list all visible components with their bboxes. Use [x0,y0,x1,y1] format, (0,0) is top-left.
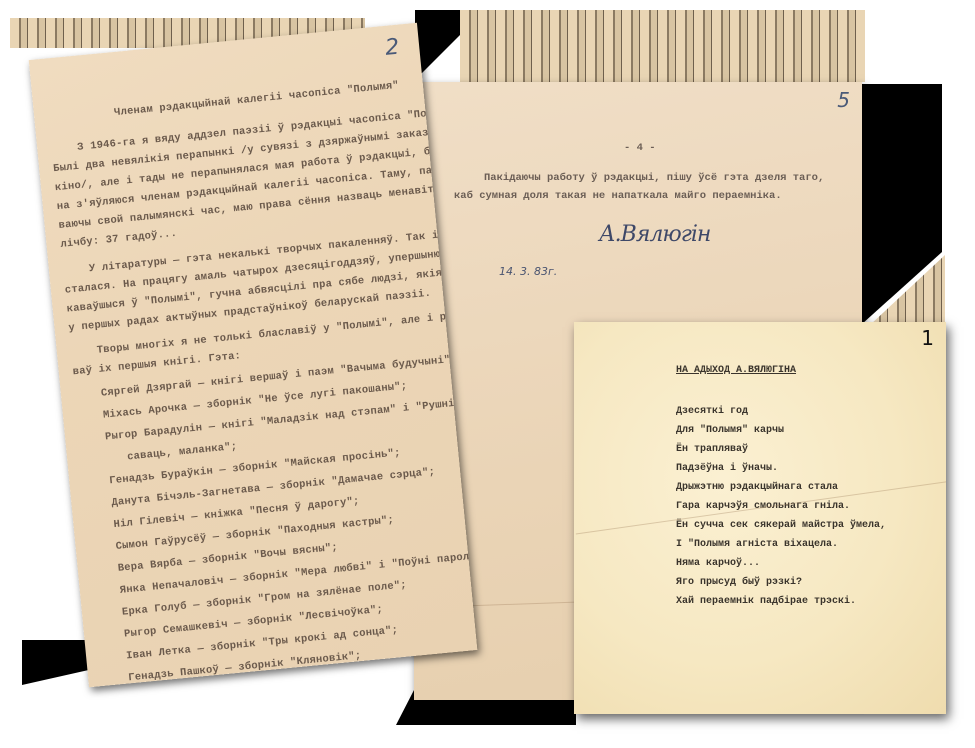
heading: Членам рэдакцыйнай калегіі часопіса "Пол… [114,80,400,119]
poem-line: Няма карчоў... [676,558,760,569]
document-page-1: 2 Членам рэдакцыйнай калегіі часопіса "П… [29,23,478,687]
poem-line: Яго прысуд быў рэзкі? [676,577,802,588]
signature: А.Вялюгін [599,222,710,247]
poem-title: НА АДЫХОД А.ВЯЛЮГІНА [676,365,796,376]
text-line: лічбу: 37 гадоў... [60,228,178,251]
page-number: 1 [921,326,934,350]
poem-line: Ён сучча сек сякерай майстра ўмела, [676,520,886,531]
poem-line: Дзесяткі год [676,406,748,417]
handwritten-date: 14. 3. 83г. [499,265,557,278]
scan-strip-middle-top [460,10,865,82]
document-page-3: 1 НА АДЫХОД А.ВЯЛЮГІНА Дзесяткі год Для … [574,322,946,714]
list-item: саваць, маланка"; [127,441,238,464]
page-number: 5 [837,88,850,112]
page-number: 2 [384,35,400,61]
text-line: Пакідаючы работу ў рэдакцыі, пішу ўсё гэ… [484,172,824,184]
poem-line: Ён трапляваў [676,444,748,455]
poem-line: Падзёўна і ўначы. [676,463,778,474]
section-marker: - 4 - [624,142,656,154]
text-line: каб сумная доля такая не напаткала майго… [454,190,782,202]
poem-line: Для "Полымя" карчы [676,425,784,436]
poem-line: І "Полымя агніста віхацела. [676,539,838,550]
poem-line: Дрыжэтню рэдакцыйнага стала [676,482,838,493]
poem-line: Хай пераемнік падбірае трэскі. [676,596,856,607]
